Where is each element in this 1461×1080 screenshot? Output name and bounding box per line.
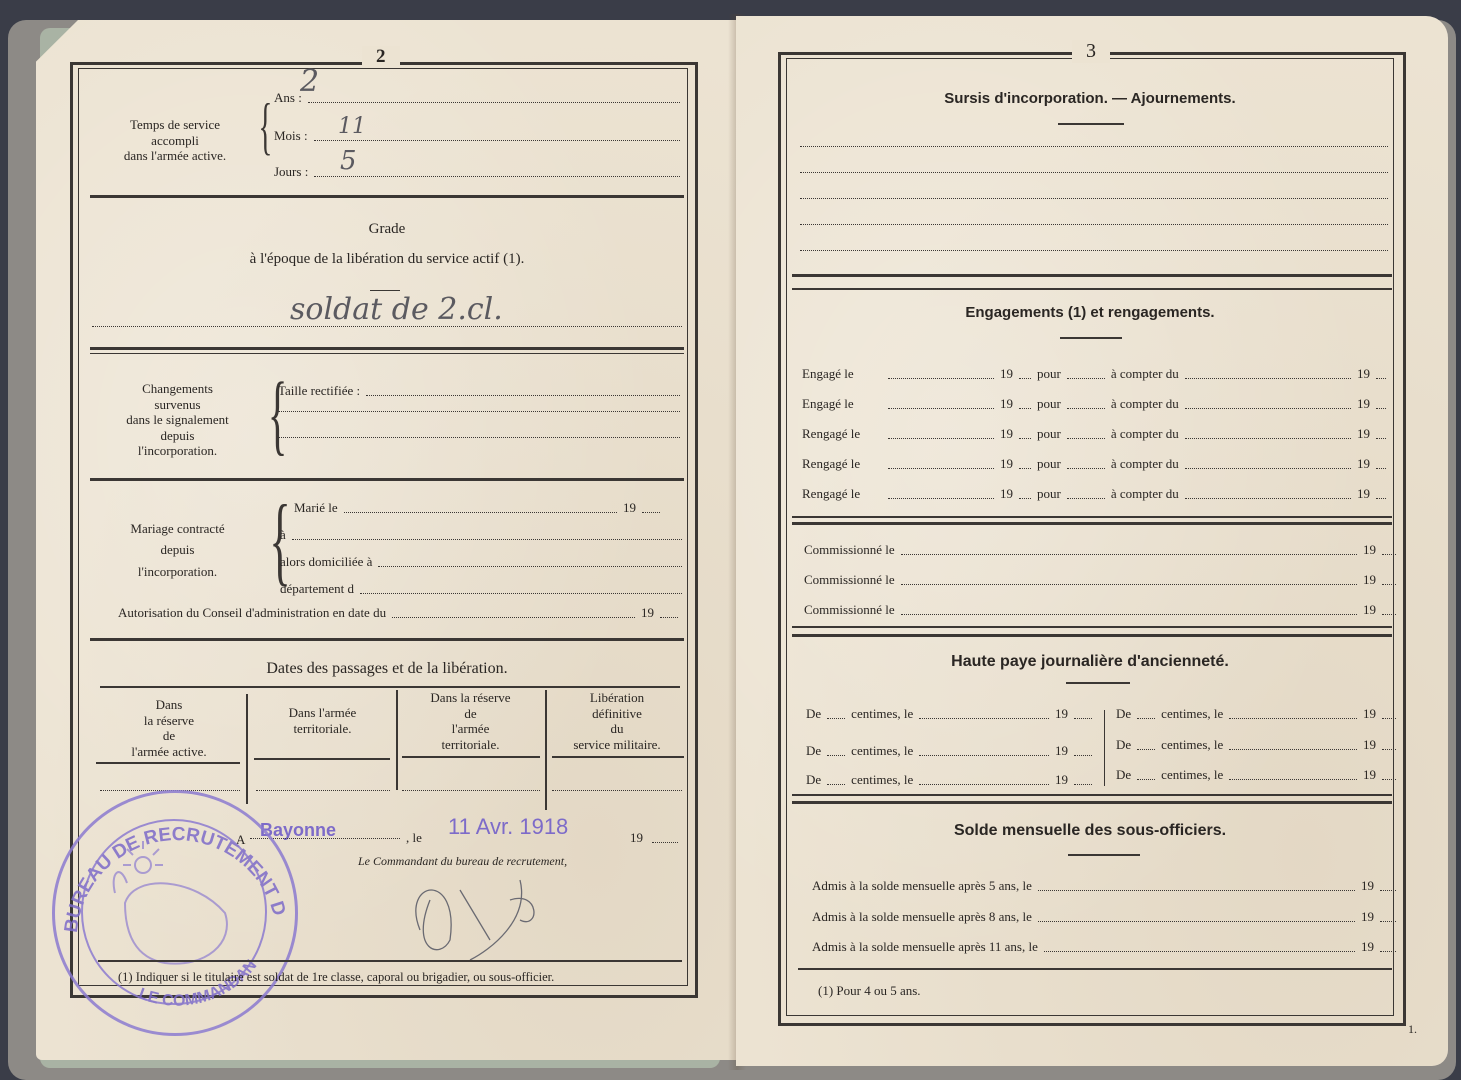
haute-paye-row[interactable]: De centimes, le 19: [1116, 767, 1396, 783]
year-prefix: 19: [630, 830, 643, 846]
year-prefix: 19: [1000, 426, 1013, 442]
short-rule: [370, 290, 400, 291]
label-line: Changements: [100, 381, 255, 397]
department-field[interactable]: département d: [280, 581, 682, 597]
year-prefix: 19: [1055, 743, 1068, 759]
sursis-line-3[interactable]: [800, 198, 1388, 199]
field-label: Mois :: [274, 128, 308, 144]
year-prefix: 19: [1363, 737, 1376, 753]
year-prefix: 19: [1000, 456, 1013, 472]
divider: [792, 274, 1392, 277]
centimes-label: centimes, le: [851, 743, 913, 759]
height-corrected-field[interactable]: Taille rectifiée :: [278, 383, 680, 399]
centimes-label: centimes, le: [851, 772, 913, 788]
label-line: dans l'armée active.: [100, 148, 250, 164]
header-line: Libération: [547, 690, 687, 706]
de-label: De: [1116, 737, 1131, 753]
header-line: territoriale.: [397, 737, 544, 753]
year-prefix: 19: [1357, 486, 1370, 502]
divider: [798, 968, 1392, 970]
field-label: département d: [280, 581, 354, 597]
de-label: De: [1116, 767, 1131, 783]
header-line: de: [397, 706, 544, 722]
row-label: Admis à la solde mensuelle après 8 ans, …: [812, 909, 1032, 925]
pour-label: pour: [1037, 486, 1061, 502]
year-prefix: 19: [1363, 602, 1376, 618]
stamp-text-ring: BUREAU DE RECRUTEMENT DE BAYONNE LE COMM…: [55, 793, 295, 1033]
field-label: Autorisation du Conseil d'administration…: [118, 605, 386, 621]
pour-label: pour: [1037, 396, 1061, 412]
compter-label: à compter du: [1111, 456, 1179, 472]
compter-label: à compter du: [1111, 486, 1179, 502]
haute-paye-row[interactable]: De centimes, le 19: [806, 772, 1092, 788]
divider: [90, 353, 684, 354]
row-label: Rengagé le: [802, 456, 882, 472]
passages-col-1-header: Dans la réserve de l'armée active.: [96, 697, 242, 759]
divider: [90, 638, 684, 641]
de-label: De: [806, 772, 821, 788]
haute-paye-row[interactable]: De centimes, le 19: [1116, 706, 1396, 722]
engagement-row[interactable]: Engagé le 19 pour à compter du 19: [802, 396, 1386, 412]
year-prefix: 19: [1000, 396, 1013, 412]
passages-col-3-header: Dans la réserve de l'armée territoriale.: [397, 690, 544, 752]
divider: [792, 516, 1392, 518]
pour-label: pour: [1037, 426, 1061, 442]
commission-row[interactable]: Commissionné le 19: [804, 572, 1396, 588]
year-prefix: 19: [1055, 772, 1068, 788]
label-line: depuis: [100, 428, 255, 444]
divider: [98, 960, 682, 962]
year-field[interactable]: [652, 842, 678, 843]
header-line: de: [96, 728, 242, 744]
divider: [90, 347, 684, 350]
year-prefix: 19: [1363, 572, 1376, 588]
days-field[interactable]: Jours :: [274, 164, 680, 180]
row-label: Commissionné le: [804, 572, 895, 588]
label-line: depuis: [100, 539, 255, 560]
divider: [90, 478, 684, 481]
sursis-line-1[interactable]: [800, 146, 1388, 147]
divider: [792, 801, 1392, 804]
field-label: Jours :: [274, 164, 308, 180]
field-label: à: [280, 527, 286, 543]
reengagement-row[interactable]: Rengagé le 19 pour à compter du 19: [802, 426, 1386, 442]
year-prefix: 19: [1363, 542, 1376, 558]
married-on-field[interactable]: Marié le 19: [294, 500, 660, 516]
pour-label: pour: [1037, 366, 1061, 382]
label-line: l'incorporation.: [100, 443, 255, 459]
commission-row[interactable]: Commissionné le 19: [804, 542, 1396, 558]
year-prefix: 19: [1000, 366, 1013, 382]
row-label: Admis à la solde mensuelle après 5 ans, …: [812, 878, 1032, 894]
le-label: , le: [406, 830, 422, 846]
row-label: Engagé le: [802, 396, 882, 412]
haute-paye-row[interactable]: De centimes, le 19: [806, 706, 1092, 722]
divider: [90, 195, 684, 198]
field-label: Taille rectifiée :: [278, 383, 360, 399]
divider: [792, 794, 1392, 796]
header-line: définitive: [547, 706, 687, 722]
haute-paye-row[interactable]: De centimes, le 19: [1116, 737, 1396, 753]
footnote: (1) Indiquer si le titulaire est soldat …: [118, 970, 554, 985]
divider: [792, 522, 1392, 525]
years-field[interactable]: Ans :: [274, 90, 680, 106]
column-divider: [246, 694, 248, 804]
authorization-field[interactable]: Autorisation du Conseil d'administration…: [118, 605, 678, 621]
solde-title: Solde mensuelle des sous-officiers.: [790, 822, 1390, 840]
haute-paye-row[interactable]: De centimes, le 19: [806, 743, 1092, 759]
header-line: Dans la réserve: [397, 690, 544, 706]
header-line: l'armée active.: [96, 744, 242, 760]
field-label: Marié le: [294, 500, 338, 516]
solde-row[interactable]: Admis à la solde mensuelle après 11 ans,…: [812, 939, 1396, 955]
year-prefix: 19: [1055, 706, 1068, 722]
year-prefix: 19: [1357, 366, 1370, 382]
page-number: 3: [1072, 40, 1110, 63]
sursis-title: Sursis d'incorporation. — Ajournements.: [790, 90, 1390, 107]
header-line: la réserve: [96, 713, 242, 729]
grade-line: [92, 326, 682, 327]
divider: [402, 756, 540, 758]
column-divider: [396, 690, 398, 790]
year-prefix: 19: [1357, 426, 1370, 442]
divider: [792, 626, 1392, 628]
short-rule: [1060, 337, 1122, 339]
sursis-line-2[interactable]: [800, 172, 1388, 173]
changes-line-3[interactable]: [278, 436, 680, 441]
divider: [96, 762, 240, 764]
footnote: (1) Pour 4 ou 5 ans.: [818, 983, 921, 999]
changes-label: Changements survenus dans le signalement…: [100, 381, 255, 459]
divider: [100, 686, 680, 688]
reengagement-row[interactable]: Rengagé le 19 pour à compter du 19: [802, 486, 1386, 502]
year-prefix: 19: [1357, 456, 1370, 472]
de-label: De: [806, 743, 821, 759]
label-line: Mariage contracté: [100, 518, 255, 539]
short-rule: [1066, 682, 1130, 684]
centimes-label: centimes, le: [1161, 737, 1223, 753]
field-label: alors domiciliée à: [280, 554, 372, 570]
date-stamp: 11 Avr. 1918: [448, 814, 568, 840]
short-rule: [1068, 854, 1140, 856]
sursis-line-4[interactable]: [800, 224, 1388, 225]
year-prefix: 19: [1361, 939, 1374, 955]
compter-label: à compter du: [1111, 396, 1179, 412]
year-prefix: 19: [641, 605, 654, 621]
divider: [254, 758, 390, 760]
passage-date-2[interactable]: [256, 790, 390, 791]
header-line: du: [547, 721, 687, 737]
grade-subtitle: à l'époque de la libération du service a…: [90, 250, 684, 268]
divider: [552, 756, 684, 758]
svg-text:BUREAU DE RECRUTEMENT DE BAYON: BUREAU DE RECRUTEMENT DE BAYONNE: [55, 793, 289, 934]
engagements-title: Engagements (1) et rengagements.: [790, 304, 1390, 321]
centimes-label: centimes, le: [851, 706, 913, 722]
domicile-field[interactable]: alors domiciliée à: [280, 554, 682, 570]
header-line: territoriale.: [250, 721, 395, 737]
brace: {: [258, 94, 272, 184]
year-prefix: 19: [1363, 706, 1376, 722]
days-value: 5: [340, 146, 357, 176]
year-prefix: 19: [1361, 878, 1374, 894]
reengagement-row[interactable]: Rengagé le 19 pour à compter du 19: [802, 456, 1386, 472]
header-line: l'armée: [397, 721, 544, 737]
year-prefix: 19: [1357, 396, 1370, 412]
signature-mark: 1.: [1408, 1022, 1417, 1036]
year-prefix: 19: [1363, 767, 1376, 783]
married-at-field[interactable]: à: [280, 527, 682, 543]
label-line: survenus: [100, 397, 255, 413]
header-line: Dans l'armée: [250, 705, 395, 721]
solde-row[interactable]: Admis à la solde mensuelle après 5 ans, …: [812, 878, 1396, 894]
engagement-row[interactable]: Engagé le 19 pour à compter du 19: [802, 366, 1386, 382]
row-label: Engagé le: [802, 366, 882, 382]
row-label: Rengagé le: [802, 486, 882, 502]
passages-title: Dates des passages et de la libération.: [90, 660, 684, 678]
service-time-label: Temps de service accompli dans l'armée a…: [100, 117, 250, 164]
row-label: Commissionné le: [804, 542, 895, 558]
label-line: Temps de service: [100, 117, 250, 133]
year-prefix: 19: [1000, 486, 1013, 502]
years-value: 2: [300, 64, 319, 99]
compter-label: à compter du: [1111, 426, 1179, 442]
field-label: Ans :: [274, 90, 302, 106]
passages-col-4-header: Libération définitive du service militai…: [547, 690, 687, 752]
row-label: Commissionné le: [804, 602, 895, 618]
marriage-label: Mariage contracté depuis l'incorporation…: [100, 518, 255, 582]
grade-value[interactable]: soldat de 2.cl.: [290, 292, 503, 327]
passage-date-4[interactable]: [552, 790, 682, 791]
centimes-label: centimes, le: [1161, 706, 1223, 722]
short-rule: [1058, 123, 1124, 125]
changes-line-2[interactable]: [278, 410, 680, 415]
header-line: Dans: [96, 697, 242, 713]
passages-col-2-header: Dans l'armée territoriale.: [250, 705, 395, 736]
recruitment-office-stamp: BUREAU DE RECRUTEMENT DE BAYONNE LE COMM…: [52, 790, 298, 1036]
page-number: 2: [362, 46, 400, 68]
compter-label: à compter du: [1111, 366, 1179, 382]
label-line: dans le signalement: [100, 412, 255, 428]
divider: [792, 634, 1392, 637]
signature-scribble: [400, 860, 560, 970]
de-label: De: [806, 706, 821, 722]
passage-date-3[interactable]: [402, 790, 540, 791]
months-value: 11: [338, 114, 366, 139]
haute-paye-title: Haute paye journalière d'ancienneté.: [790, 653, 1390, 671]
column-divider: [545, 690, 547, 810]
row-label: Admis à la solde mensuelle après 11 ans,…: [812, 939, 1038, 955]
header-line: service militaire.: [547, 737, 687, 753]
grade-title: Grade: [90, 220, 684, 238]
column-divider: [1104, 710, 1105, 786]
sursis-line-5[interactable]: [800, 250, 1388, 251]
centimes-label: centimes, le: [1161, 767, 1223, 783]
divider: [792, 288, 1392, 290]
months-field[interactable]: Mois :: [274, 128, 680, 144]
year-prefix: 19: [1361, 909, 1374, 925]
row-label: Rengagé le: [802, 426, 882, 442]
label-line: accompli: [100, 133, 250, 149]
commission-row[interactable]: Commissionné le 19: [804, 602, 1396, 618]
pour-label: pour: [1037, 456, 1061, 472]
label-line: l'incorporation.: [100, 561, 255, 582]
solde-row[interactable]: Admis à la solde mensuelle après 8 ans, …: [812, 909, 1396, 925]
year-prefix: 19: [623, 500, 636, 516]
right-page-inner-frame: [786, 58, 1394, 1016]
de-label: De: [1116, 706, 1131, 722]
